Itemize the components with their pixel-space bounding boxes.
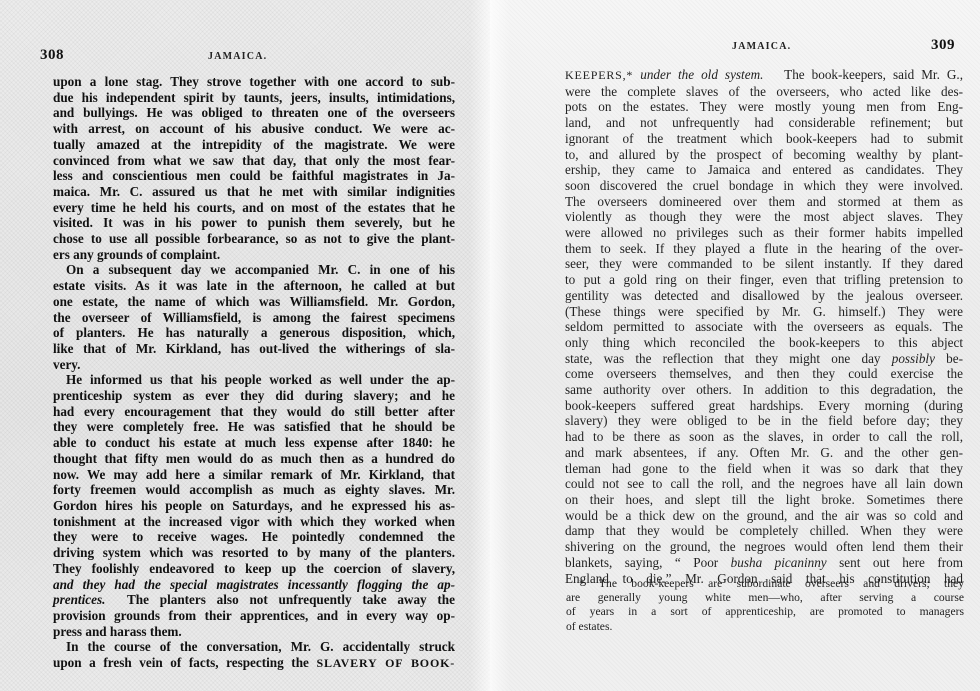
text-line: book-keepers suffered great hardships. E… — [565, 398, 963, 414]
text-line: upon a fresh vein of facts, respecting t… — [53, 655, 455, 672]
text-line: with arrest, on account of his abusive c… — [53, 121, 455, 137]
text-line: tually amazed at the intrepidity of the … — [53, 137, 455, 153]
text-line: and bullyings. He was obliged to threate… — [53, 105, 455, 121]
text-line: provision grounds from their apprentices… — [53, 608, 455, 624]
text-line: gentility was detected and disallowed by… — [565, 288, 963, 304]
text-line: pots on the estates. They were mostly yo… — [565, 99, 963, 115]
paragraph-start: In the course of the conversation, Mr. G… — [53, 639, 455, 655]
text-line: violently as though they were the most a… — [565, 209, 963, 225]
text-line: were allowed no privileges such as their… — [565, 225, 963, 241]
text-line: now. We may add here a similar remark of… — [53, 467, 455, 483]
text-span: The book-keepers, said Mr. G., — [784, 67, 963, 82]
text-line: estate visits. As it was late in the aft… — [53, 278, 455, 294]
text-line: were the complete slaves of the overseer… — [565, 84, 963, 100]
text-line: tleman had gone to the field when it was… — [565, 461, 963, 477]
text-line: of planters. He has naturally a generous… — [53, 325, 455, 341]
left-page-body: upon a lone stag. They strove together w… — [53, 74, 455, 672]
text-line: damp that they would be completely chill… — [565, 523, 963, 539]
text-line: soon discovered the cruel bondage in whi… — [565, 178, 963, 194]
text-line: seer, they were commanded to be silent i… — [565, 256, 963, 272]
text-line: one estate, the name of which was Willia… — [53, 294, 455, 310]
text-line: slavery) they were obliged to be in the … — [565, 413, 963, 429]
text-line: them to seek. If they played a flute in … — [565, 241, 963, 257]
text-line: would be a thick dew on the ground, and … — [565, 508, 963, 524]
text-line: visited. It was in his power to punish t… — [53, 215, 455, 231]
text-line: they were to receive wages. He pointedly… — [53, 529, 455, 545]
text-line: had to be there as soon as the slaves, i… — [565, 429, 963, 445]
running-head-left: JAMAICA. — [208, 51, 267, 62]
text-line: land, and not unfrequently had considera… — [565, 115, 963, 131]
footnote: * The book-keepers are subordinate overs… — [566, 577, 964, 634]
text-line: prenticeship system as ever they did dur… — [53, 388, 455, 404]
text-line: tonishment at the increased vigor with w… — [53, 514, 455, 530]
text-line: state, was the reflection that they migh… — [565, 351, 963, 367]
text-line: chose to use all possible forbearance, s… — [53, 231, 455, 247]
text-line: less and conscientious men could be fait… — [53, 168, 455, 184]
text-line: on their hoes, and slept till the light … — [565, 492, 963, 508]
text-line: to, and allured by the prospect of becom… — [565, 147, 963, 163]
text-line: and mark absentees, if any. Often Mr. G.… — [565, 445, 963, 461]
footnote-line: of years in a sort of apprenticeship, ar… — [566, 605, 964, 619]
italic-span: under the old system. — [640, 67, 763, 82]
text-line: to put a gold ring on their finger, even… — [565, 272, 963, 288]
footnote-line: * The book-keepers are subordinate overs… — [566, 577, 964, 591]
gutter — [470, 0, 510, 691]
text-line: like that of Mr. Kirkland, has out-lived… — [53, 341, 455, 357]
text-line: upon a lone stag. They strove together w… — [53, 74, 455, 90]
text-line: they were completely free. He was satisf… — [53, 419, 455, 435]
text-line: due his independent spirit by taunts, je… — [53, 90, 455, 106]
text-line: Gordon hires his people on Saturdays, an… — [53, 498, 455, 514]
italic-word: possibly — [892, 351, 935, 366]
italic-word: prentices. — [53, 592, 105, 607]
text-line: same authority over others. In addition … — [565, 382, 963, 398]
text-line: the overseer of Williamsfield, is among … — [53, 310, 455, 326]
text-line: come overseers themselves, and then they… — [565, 366, 963, 382]
book-spread: 308 JAMAICA. JAMAICA. 309 upon a lone st… — [0, 0, 980, 691]
smallcaps-span: SLAVERY OF BOOK- — [316, 656, 455, 670]
text-line: every time he held his courts, and on mo… — [53, 200, 455, 216]
text-span: be- — [946, 351, 963, 366]
text-span: state, was the reflection that they migh… — [565, 351, 881, 366]
text-line: maica. Mr. C. assured us that he met wit… — [53, 184, 455, 200]
text-line: They foolishly endeavored to keep up the… — [53, 561, 455, 577]
text-line: The overseers domineered over them and s… — [565, 194, 963, 210]
running-head-right: JAMAICA. — [732, 41, 791, 52]
text-line: could not see to call the roll, and the … — [565, 476, 963, 492]
text-line: shivering on the ground, the negroes wou… — [565, 539, 963, 555]
text-line: thought that fifty men would do as much … — [53, 451, 455, 467]
text-line: forty freemen would accomplish as much a… — [53, 482, 455, 498]
text-span: upon a fresh vein of facts, respecting t… — [53, 655, 309, 670]
smallcaps-span: KEEPERS,* — [565, 68, 633, 82]
text-line: blankets, saying, “ Poor busha picaninny… — [565, 555, 963, 571]
text-line: convinced from what we saw that day, tha… — [53, 153, 455, 169]
text-line: KEEPERS,* under the old system. The book… — [565, 67, 963, 84]
text-span: blankets, saying, “ Poor — [565, 555, 718, 570]
text-line: (These things were specified by Mr. G. h… — [565, 304, 963, 320]
paragraph-start: On a subsequent day we accompanied Mr. C… — [53, 262, 455, 278]
page-number-left: 308 — [40, 47, 64, 64]
text-line: only thing which reconciled the book-kee… — [565, 335, 963, 351]
text-line: prentices. The planters also not unfrequ… — [53, 592, 455, 608]
text-line: had every encouragement that they would … — [53, 404, 455, 420]
text-line: ership, they came to Jamaica and entered… — [565, 162, 963, 178]
text-line: ers any grounds of complaint. — [53, 247, 455, 263]
paragraph-start: He informed us that his people worked as… — [53, 372, 455, 388]
text-span: The planters also not unfrequently take … — [127, 592, 455, 607]
footnote-line: are generally young white men—who, after… — [566, 591, 964, 605]
page-number-right: 309 — [931, 37, 955, 54]
text-line: very. — [53, 357, 455, 373]
italic-word: busha picaninny — [731, 555, 827, 570]
text-line: able to conduct his estate at much less … — [53, 435, 455, 451]
italic-text-line: and they had the special magistrates inc… — [53, 577, 455, 593]
text-line: press and harass them. — [53, 624, 455, 640]
footnote-line: of estates. — [566, 620, 964, 634]
text-line: seldom permitted to associate with the o… — [565, 319, 963, 335]
right-page-body: KEEPERS,* under the old system. The book… — [565, 67, 963, 586]
text-line: driving system which was resorted to by … — [53, 545, 455, 561]
text-span: sent out here from — [839, 555, 963, 570]
text-line: ignorant of the treatment which book-kee… — [565, 131, 963, 147]
